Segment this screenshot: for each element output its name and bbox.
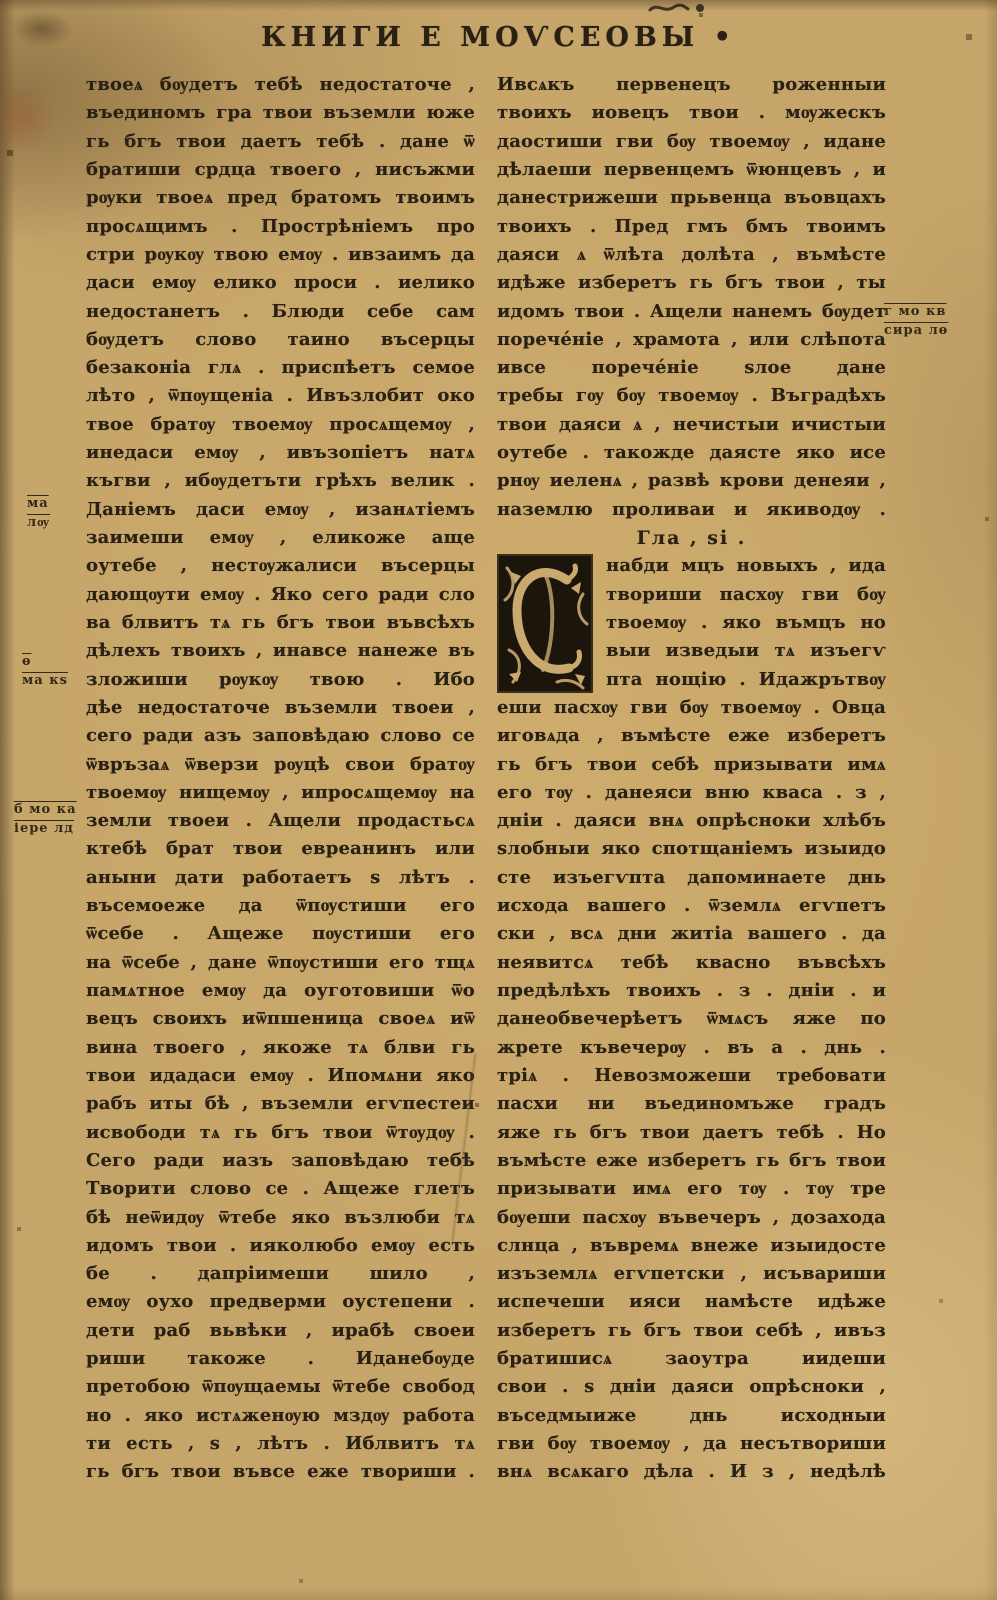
margin-note-line: лѹ (27, 513, 50, 532)
margin-note-line: ѳ (22, 652, 68, 671)
text-line: выи изведыи тѧ изъегѵ (606, 637, 886, 665)
text-line: твоихъ . Пред гмъ бмъ твоимъ (497, 213, 886, 241)
text-line: яже гь бгъ твои даетъ тебѣ . Но (497, 1119, 886, 1147)
margin-note-left-2: ѳма кѕ (22, 652, 68, 690)
text-line: данестрижеши прьвенца въовцахъ (497, 184, 886, 212)
text-line: Сего ради иазъ заповѣдаю тебѣ (86, 1147, 475, 1175)
text-line: инедаси емѹ , ивъзопіетъ натѧ (86, 439, 475, 467)
text-line: рабъ иты бѣ , въземли егѵпестеи (86, 1090, 475, 1118)
text-line: требы гѹ бѹ твоемѹ . Въградѣхъ (497, 382, 886, 410)
paper-stain (0, 84, 56, 156)
text-line: просѧщимъ . Прострѣніемъ про (86, 213, 475, 241)
text-line: идомъ твои . Ащели нанемъ бѹдет (497, 298, 886, 326)
text-line: зложиши рѹкѹ твою . Ибо неѡскѹ (86, 666, 475, 694)
text-line: наземлю проливаи и якиводѹ . (497, 496, 886, 524)
right-text-column: Ивсѧкъ первенецъ роженныи ѿволовтвоихъ и… (497, 71, 886, 1487)
text-line: Ивсѧкъ первенецъ роженныи ѿволов (497, 71, 886, 99)
ink-specks (0, 0, 2, 2)
text-line: данеобвечерѣетъ ѿмѧсъ яже по (497, 1005, 886, 1033)
text-line: безаконіа глѧ . приспѣетъ семое (86, 354, 475, 382)
margin-note-line: ма (27, 494, 50, 513)
text-line: вина твоего , якоже тѧ блви гь бгъ (86, 1034, 475, 1062)
chapter-opening-row: набди мцъ новыхъ , идатвориши пасхѹ гви … (497, 552, 886, 694)
text-line: изъземлѧ егѵпетски , исъвариши (497, 1260, 886, 1288)
text-line: тріѧ . Невозможеши требовати (497, 1062, 886, 1090)
text-line: Творити слово се . Ащеже глетъ кте (86, 1175, 475, 1203)
text-line: твоихъ иовецъ твои . мѹжескъ пол (497, 99, 886, 127)
text-line: въседмыиже днь исходныи праздник (497, 1402, 886, 1430)
text-line: претобою ѿпѹщаемы ѿтебе свобод (86, 1373, 475, 1401)
text-line: недостанетъ . Блюди себе сам дане (86, 298, 475, 326)
text-line: внѧ всѧкаго дѣла . И з , недѣлѣ (497, 1458, 886, 1486)
text-line: изберетъ гь бгъ твои себѣ , ивъз (497, 1317, 886, 1345)
text-line: слнца , въвремѧ внеже изыидосте (497, 1232, 886, 1260)
text-line: но . яко истѧженѹю мздѹ работа (86, 1402, 475, 1430)
text-line: твои даяси ѧ , нечистыи ичистыи (497, 411, 886, 439)
text-line: гви бѹ твоемѹ , да несътвориши (497, 1430, 886, 1458)
margin-note-line: ма кѕ (22, 671, 68, 690)
text-line: жрете къвечерѹ . въ а . днь . дооу (497, 1034, 886, 1062)
text-line: гь бгъ твои въвсе еже твориши . (86, 1458, 475, 1486)
right-column-upper-lines: Ивсѧкъ первенецъ роженныи ѿволовтвоихъ и… (497, 71, 886, 524)
text-line: вецъ своихъ иѿпшеница своеѧ иѿ (86, 1005, 475, 1033)
page-title: КНИГИ Е МОѴСЕОВЫ • (0, 22, 997, 53)
text-line: пасхи ни въединомъже градъ твоих (497, 1090, 886, 1118)
text-line: бѹдетъ слово таино въсерцы твоемъ (86, 326, 475, 354)
ornate-initial-letter (497, 554, 593, 693)
text-line: ивсе поречéніе ѕлое дане положиши и (497, 354, 886, 382)
text-line: дѣлаеши первенцемъ ѿюнцевъ , и (497, 156, 886, 184)
text-line: исвободи тѧ гь бгъ твои ѿтѹдѹ . (86, 1119, 475, 1147)
text-line: земли твоеи . Ащели продастьсѧ (86, 807, 475, 835)
text-line: бѹеши пасхѹ въвечеръ , дозахода (497, 1204, 886, 1232)
text-line: дети раб вьвѣки , ирабѣ своеи дасотво (86, 1317, 475, 1345)
text-line: аныни дати работаетъ ѕ лѣтъ . (86, 864, 475, 892)
text-line: ѿвръзаѧ ѿверзи рѹцѣ свои братѹ (86, 751, 475, 779)
text-line: пта нощію . Идажрътвѹ (606, 666, 886, 694)
margin-note-line: г мо кв (884, 302, 948, 321)
text-line: даяси ѧ ѿлѣта долѣта , въмѣсте (497, 241, 886, 269)
text-line: въсемоеже да ѿпѹстиши его свобона (86, 892, 475, 920)
text-line: сте изъегѵпта дапоминаете днь (497, 864, 886, 892)
text-line: свои . ѕ дніи даяси опрѣсноки , (497, 1373, 886, 1401)
text-line: ва блвитъ тѧ гь бгъ твои въвсѣхъ (86, 609, 475, 637)
text-line: идѣже изберетъ гь бгъ твои , ты (497, 269, 886, 297)
text-line: къгви , ибѹдетъти грѣхъ велик . (86, 467, 475, 495)
text-line: твои идадаси емѹ . Ипомѧни яко (86, 1062, 475, 1090)
text-line: оутебе . такожде даясте яко исе (497, 439, 886, 467)
margin-note-line: б мо ка (14, 800, 77, 819)
text-line: стри рѹкѹ твою емѹ . ивзаимъ да (86, 241, 475, 269)
text-line: твоеѧ бѹдетъ тебѣ недостаточе , (86, 71, 475, 99)
text-line: сего ради азъ заповѣдаю слово се глѧ . (86, 722, 475, 750)
text-line: оутебе , нестѹжалиси въсерцы свое , (86, 552, 475, 580)
text-line: набди мцъ новыхъ , ида (606, 552, 886, 580)
text-line: лѣто , ѿпѹщеніа . Ивъзлобит око (86, 382, 475, 410)
right-column-lower-lines: еши пасхѹ гви бѹ твоемѹ . Овцаиговѧда , … (497, 694, 886, 1487)
text-line: дніи . даяси внѧ опрѣсноки хлѣбъ (497, 807, 886, 835)
text-line: даси емѹ елико проси . иелико емѹ (86, 269, 475, 297)
text-line: бѣ неѿидѹ ѿтебе яко възлюби тѧ (86, 1204, 475, 1232)
margin-note-line: сира лѳ (884, 321, 948, 340)
text-line: твое братѹ твоемѹ просѧщемѹ , (86, 411, 475, 439)
text-line: идомъ твои . ияколюбо емѹ есть оуте (86, 1232, 475, 1260)
text-line: въединомъ гра твои въземли юже (86, 99, 475, 127)
text-line: гь бгъ твои даетъ тебѣ . дане ѿ (86, 128, 475, 156)
text-line: иговѧда , въмѣсте еже изберетъ (497, 722, 886, 750)
text-line: дающѹти емѹ . Яко сего ради сло (86, 581, 475, 609)
margin-note-left-1: малѹ (27, 494, 50, 532)
text-line: дѣлехъ твоихъ , инавсе нанеже въ (86, 637, 475, 665)
text-line: братиши срдца твоего , нисъжми (86, 156, 475, 184)
text-line: въмѣсте еже изберетъ гь бгъ твои , (497, 1147, 886, 1175)
text-line: еши пасхѹ гви бѹ твоемѹ . Овца (497, 694, 886, 722)
margin-note-right-1: г мо квсира лѳ (884, 302, 948, 340)
text-line: рѹки твоеѧ пред братомъ твоимъ (86, 184, 475, 212)
text-line: заимеши емѹ , еликоже аще просит (86, 524, 475, 552)
text-line: ктебѣ брат твои евреанинъ или евре (86, 835, 475, 863)
text-line: испечеши ияси намѣсте идѣже (497, 1288, 886, 1316)
text-line: неявитсѧ тебѣ квасно въвсѣхъ (497, 949, 886, 977)
text-line: памѧтное емѹ да оуготовиши ѿо (86, 977, 475, 1005)
text-line: гь бгъ твои себѣ призывати имѧ (497, 751, 886, 779)
text-line: предѣлѣхъ твоихъ . з . дніи . и (497, 977, 886, 1005)
text-line: бе . дапріимеши шило , ипровертиши (86, 1260, 475, 1288)
text-line: твоемѹ . яко въмцъ но (606, 609, 886, 637)
chapter-heading: Гла , ѕі . (497, 524, 886, 552)
text-line: ти есть , ѕ , лѣтъ . Иблвитъ тѧ (86, 1430, 475, 1458)
text-line: призывати имѧ его тѹ . тѹ тре (497, 1175, 886, 1203)
margin-note-left-3: б мо каіере лд (14, 800, 77, 838)
text-line: ски , всѧ дни житіа вашего . да (497, 920, 886, 948)
initial-adjacent-lines: набди мцъ новыхъ , идатвориши пасхѹ гви … (606, 552, 886, 694)
margin-note-line: іере лд (14, 819, 77, 838)
text-line: твоемѹ нищемѹ , ипросѧщемѹ на (86, 779, 475, 807)
text-line: рнѹ иеленѧ , развѣ крови денеяи , (497, 467, 886, 495)
text-line: поречéніе , храмота , или слѣпота (497, 326, 886, 354)
text-line: твориши пасхѹ гви бѹ (606, 581, 886, 609)
book-page-scan: КНИГИ Е МОѴСЕОВЫ • твоеѧ бѹдетъ тебѣ нед… (0, 0, 997, 1600)
text-line: на ѿсебе , дане ѿпѹстиши его тщѧ . (86, 949, 475, 977)
text-line: исхода вашего . ѿземлѧ егѵпетъ (497, 892, 886, 920)
header-flourish-icon (648, 0, 712, 20)
text-line: риши такоже . Иданебѹде жестока (86, 1345, 475, 1373)
text-line: емѹ оухо предверми оустепени . ибѹ (86, 1288, 475, 1316)
text-line: ѿсебе . Ащеже пѹстиши его свобод (86, 920, 475, 948)
paper-smudge (12, 12, 72, 46)
text-line: даостиши гви бѹ твоемѹ , идане (497, 128, 886, 156)
text-line: его тѹ . данеяси вню кваса . з , (497, 779, 886, 807)
text-line: дѣе недостаточе въземли твоеи , (86, 694, 475, 722)
text-line: Даніемъ даси емѹ , изанѧтіемъ (86, 496, 475, 524)
text-line: братишисѧ заоутра иидеши въдомы (497, 1345, 886, 1373)
left-text-column: твоеѧ бѹдетъ тебѣ недостаточе ,въединомъ… (86, 71, 475, 1487)
text-line: ѕлобныи яко спотщаніемъ изыидо (497, 835, 886, 863)
